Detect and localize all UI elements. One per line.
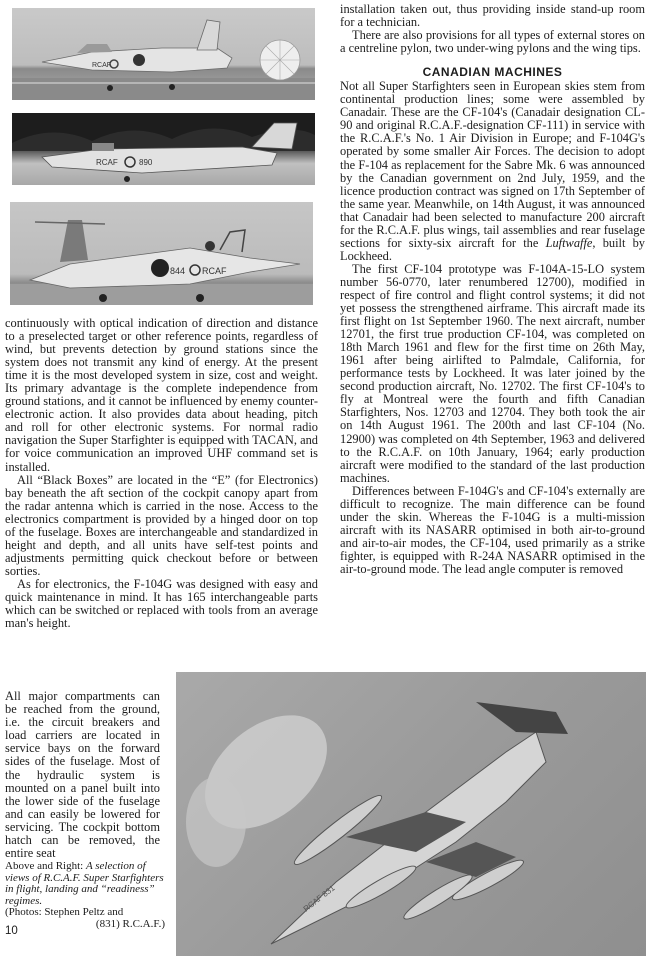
photo-starfighter-landing-parachute: RCAF — [12, 8, 315, 100]
svg-text:844: 844 — [170, 266, 185, 276]
photo-starfighter-taxiing-trees: RCAF 890 — [12, 113, 315, 185]
photo-caption: Above and Right: A selection of views of… — [5, 861, 165, 931]
left-narrow-column-text: All major compartments can be reached fr… — [5, 690, 160, 860]
aircraft-taxiing-illustration: RCAF 890 — [12, 113, 315, 185]
photo-starfighter-canopy-open: 844 RCAF — [10, 202, 313, 305]
page-number: 10 — [5, 925, 18, 937]
aircraft-landing-illustration: RCAF — [12, 8, 315, 100]
section-heading: CANADIAN MACHINES — [340, 66, 645, 79]
paragraph: There are also provisions for all types … — [340, 29, 645, 55]
aircraft-in-flight-illustration: RCAF 831 — [176, 672, 646, 956]
paragraph: The first CF-104 prototype was F-104A-15… — [340, 263, 645, 485]
aircraft-ground-illustration: 844 RCAF — [10, 202, 313, 305]
svg-text:890: 890 — [139, 158, 153, 167]
svg-text:RCAF: RCAF — [202, 266, 227, 276]
right-column-text: installation taken out, thus providing i… — [340, 3, 645, 576]
paragraph: All major compartments can be reached fr… — [5, 690, 160, 860]
paragraph: installation taken out, thus providing i… — [340, 3, 645, 29]
paragraph: Differences between F-104G's and CF-104'… — [340, 485, 645, 576]
paragraph: All “Black Boxes” are located in the “E”… — [5, 474, 318, 578]
caption-credit-2: (831) R.C.A.F.) — [5, 919, 165, 931]
italic-term: Luftwaffe — [546, 236, 593, 250]
left-column-text: continuously with optical indication of … — [5, 317, 318, 630]
svg-text:RCAF: RCAF — [96, 158, 118, 167]
paragraph: Not all Super Starfighters seen in Europ… — [340, 80, 645, 263]
caption-lead: Above and Right: — [5, 860, 86, 872]
paragraph: As for electronics, the F-104G was desig… — [5, 578, 318, 630]
paragraph: continuously with optical indication of … — [5, 317, 318, 474]
photo-starfighter-in-flight: RCAF 831 — [176, 672, 646, 956]
caption-credit-1: (Photos: Stephen Peltz and — [5, 906, 123, 918]
svg-text:RCAF: RCAF — [92, 62, 111, 69]
